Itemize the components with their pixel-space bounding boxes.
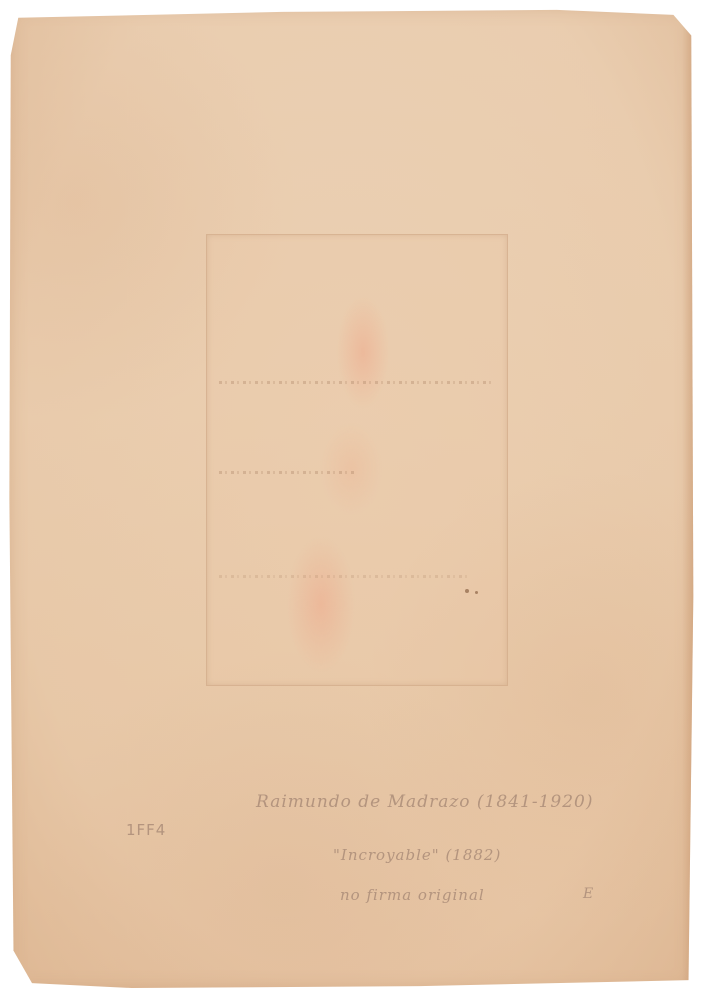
- scan-canvas: 1FF4 Raimundo de Madrazo (1841-1920) "In…: [0, 0, 703, 1000]
- foxing-spot: [465, 589, 469, 593]
- sheet-edge-shadow: [682, 16, 694, 986]
- show-through-line: [219, 381, 495, 384]
- attribution-note: Raimundo de Madrazo (1841-1920): [256, 792, 593, 812]
- show-through-line: [219, 471, 357, 474]
- paper-sheet: 1FF4 Raimundo de Madrazo (1841-1920) "In…: [8, 6, 694, 990]
- show-through-line: [219, 575, 467, 578]
- foxing-spot: [475, 591, 478, 594]
- inventory-code: 1FF4: [126, 821, 166, 839]
- signature-note: no firma original: [340, 886, 485, 904]
- plate-mark: [206, 234, 508, 686]
- collector-mark: E: [583, 886, 594, 902]
- title-note: "Incroyable" (1882): [333, 846, 501, 864]
